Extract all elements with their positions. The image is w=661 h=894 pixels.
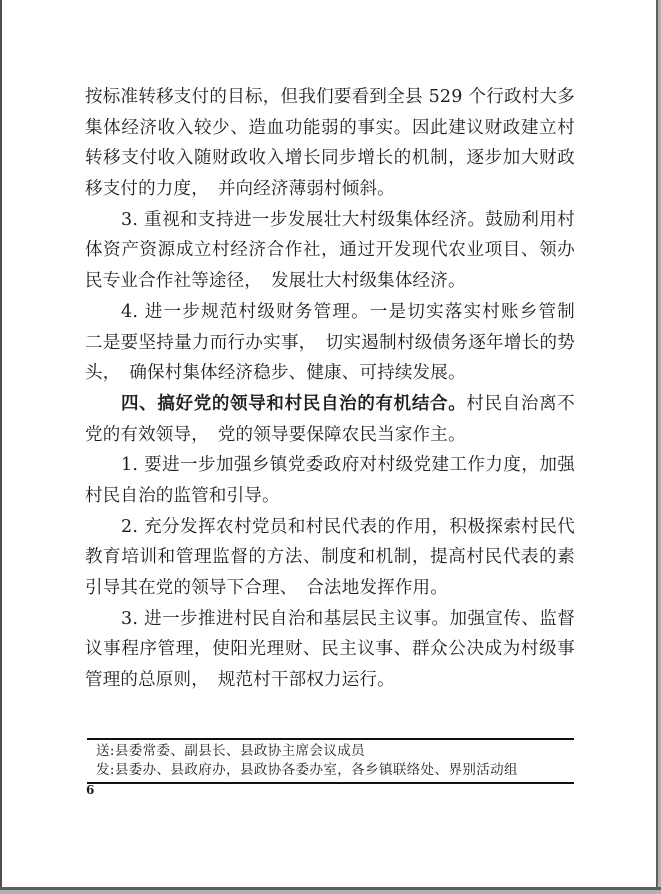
page-number: 6	[86, 783, 94, 797]
body-line: 移支付的力度， 并向经济薄弱村倾斜。	[85, 174, 575, 205]
distribution-box: 送:县委常委、副县长、县政协主席会议成员 发:县委办、县政府办，县政协各委办室，…	[87, 738, 574, 784]
body-line: 二是要坚持量力而行办实事， 切实遏制村级债务逐年增长的势	[85, 328, 575, 359]
body-line: 3. 进一步推进村民自治和基层民主议事。加强宣传、监督和	[85, 604, 575, 635]
body-line: 3. 重视和支持进一步发展壮大村级集体经济。鼓励利用村集	[85, 205, 575, 236]
body-line: 引导其在党的领导下合理、 合法地发挥作用。	[85, 573, 575, 604]
body-line: 体资产资源成立村经济合作社，通过开发现代农业项目、领办农	[85, 235, 575, 266]
body-line: 1. 要进一步加强乡镇党委政府对村级党建工作力度，加强对	[85, 450, 575, 481]
body-line: 2. 充分发挥农村党员和村民代表的作用，积极探索村民代表	[85, 512, 575, 543]
body-text: 按标准转移支付的目标，但我们要看到全县 529 个行政村大多是 集体经济收入较少…	[85, 82, 575, 696]
body-line: 民专业合作社等途径， 发展壮大村级集体经济。	[85, 266, 575, 297]
body-line: 村民自治的监管和引导。	[85, 481, 575, 512]
page-edge-bottom-shadow	[0, 890, 661, 894]
body-line: 教育培训和管理监督的方法、制度和机制，提高村民代表的素质，	[85, 542, 575, 573]
body-line: 4. 进一步规范村级财务管理。一是切实落实村账乡管制度，	[85, 297, 575, 328]
body-line: 头， 确保村集体经济稳步、健康、可持续发展。	[85, 358, 575, 389]
page-edge-left	[0, 0, 2, 894]
footer-song-line: 送:县委常委、副县长、县政协主席会议成员	[96, 742, 574, 761]
body-line: 集体经济收入较少、造血功能弱的事实。因此建议财政建立村级	[85, 113, 575, 144]
body-line: 议事程序管理，使阳光理财、民主议事、群众公决成为村级事务	[85, 634, 575, 665]
section-heading-bold: 四、搞好党的领导和村民自治的有机结合。	[121, 394, 466, 414]
body-line: 按标准转移支付的目标，但我们要看到全县 529 个行政村大多是	[85, 82, 575, 113]
body-line: 转移支付收入随财政收入增长同步增长的机制，逐步加大财政转	[85, 143, 575, 174]
footer-fa-line: 发:县委办、县政府办，县政协各委办室，各乡镇联络处、界别活动组	[96, 761, 574, 780]
body-line: 管理的总原则， 规范村干部权力运行。	[85, 665, 575, 696]
body-line: 党的有效领导， 党的领导要保障农民当家作主。	[85, 420, 575, 451]
body-line-heading: 四、搞好党的领导和村民自治的有机结合。村民自治离不开	[85, 389, 575, 420]
